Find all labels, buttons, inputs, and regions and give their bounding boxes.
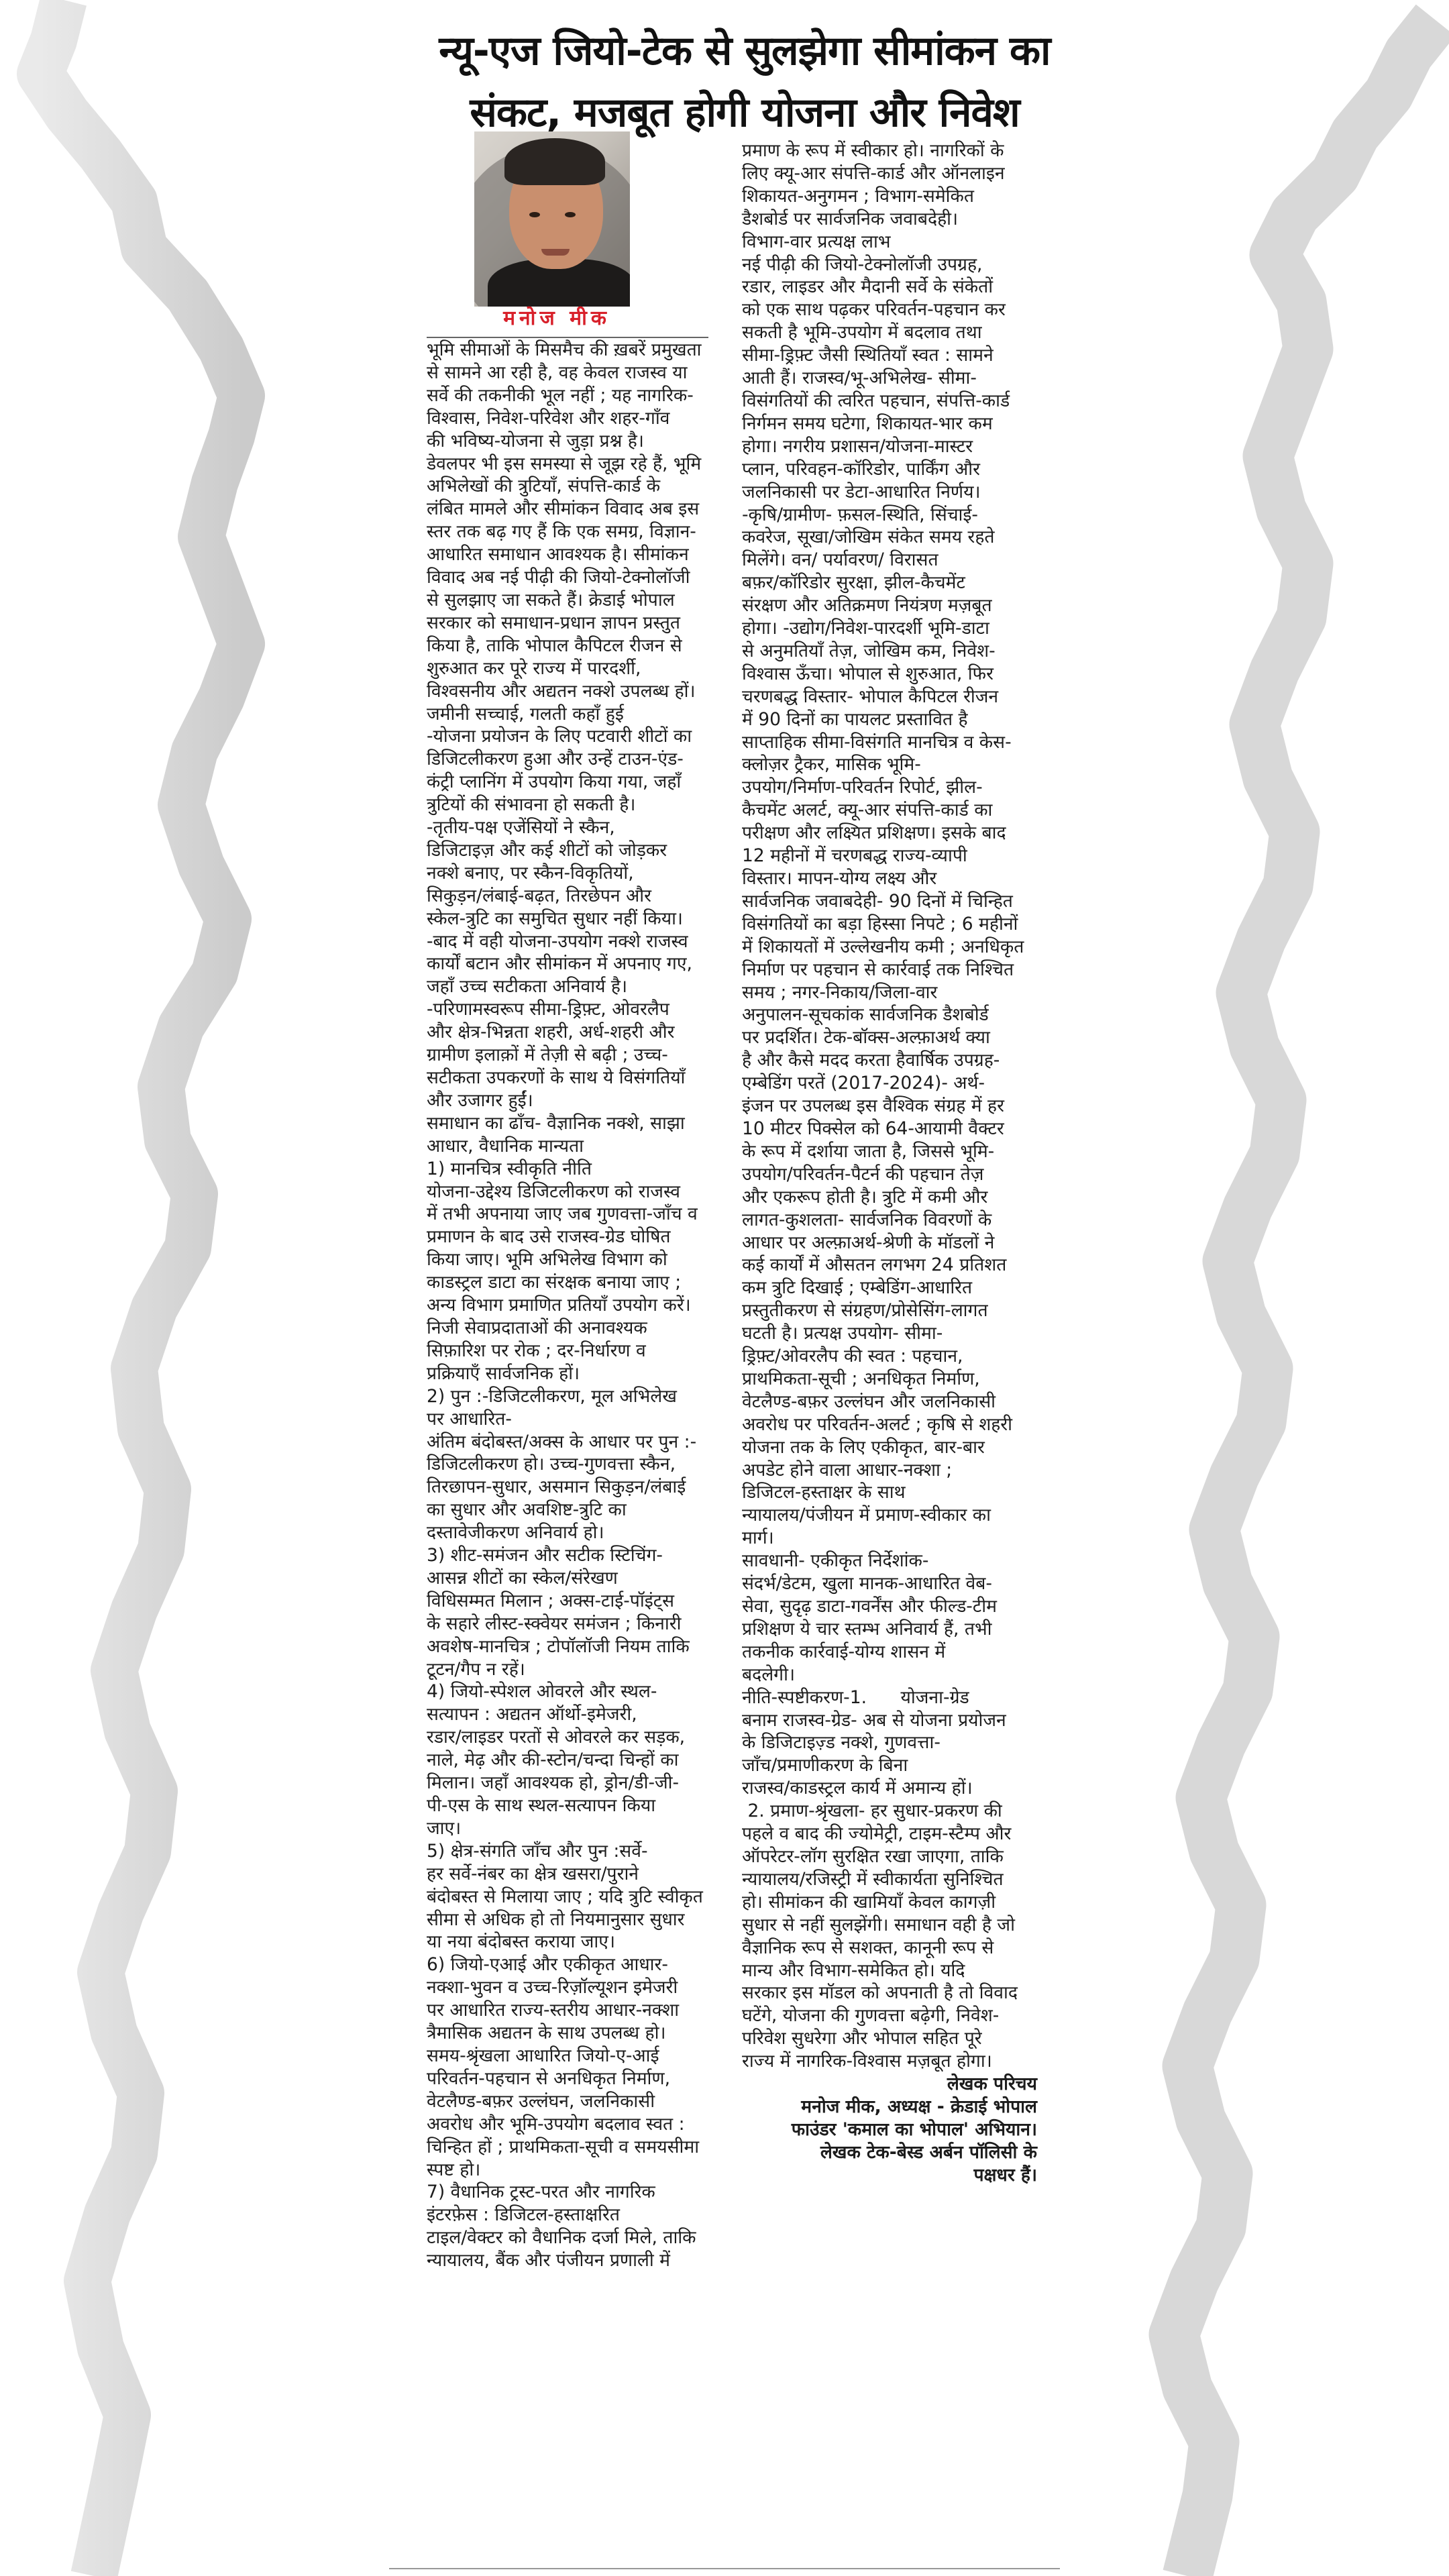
article-line: -योजना प्रयोजन के लिए पटवारी शीटों का	[427, 725, 708, 748]
article-line: अन्य विभाग प्रमाणित प्रतियाँ उपयोग करें।	[427, 1294, 708, 1317]
article-line: निजी सेवाप्रदाताओं की अनावश्यक	[427, 1317, 708, 1340]
article-line: पर आधारित राज्य-स्तरीय आधार-नक्शा	[427, 1999, 708, 2022]
article-line: कार्यों बटान और सीमांकन में अपनाए गए,	[427, 953, 708, 975]
article-line: सरकार इस मॉडल को अपनाती है तो विवाद	[742, 1982, 1037, 2004]
article-line: परीक्षण और लक्ष्यित प्रशिक्षण। इसके बाद	[742, 822, 1037, 845]
article-line: बंदोबस्त से मिलाया जाए ; यदि त्रुटि स्वी…	[427, 1886, 708, 1909]
article-line: अपडेट होने वाला आधार-नक्शा ;	[742, 1459, 1037, 1482]
article-line: आती हैं। राजस्व/भू-अभिलेख- सीमा-	[742, 367, 1037, 390]
article-line: क्लोज़र ट्रैकर, मासिक भूमि-	[742, 753, 1037, 776]
article-line: हो। सीमांकन की खामियाँ केवल कागज़ी	[742, 1891, 1037, 1914]
article-line: त्रैमासिक अद्यतन के साथ उपलब्ध हो।	[427, 2022, 708, 2045]
article-line: योजना-उद्देश्य डिजिटलीकरण को राजस्व	[427, 1181, 708, 1203]
article-line: डिजिटलीकरण हो। उच्च-गुणवत्ता स्कैन,	[427, 1453, 708, 1476]
article-line: रडार/लाइडर परतों से ओवरले कर सड़क,	[427, 1726, 708, 1749]
article-line: के रूप में दर्शाया जाता है, जिससे भूमि-	[742, 1140, 1037, 1163]
article-line: आधार, वैधानिक मान्यता	[427, 1135, 708, 1158]
article-line: नई पीढ़ी की जियो-टेक्नोलॉजी उपग्रह,	[742, 254, 1037, 276]
article-line: सावधानी- एकीकृत निर्देशांक-	[742, 1550, 1037, 1572]
article-line: आसन्न शीटों का स्केल/संरेखण	[427, 1567, 708, 1590]
article-line: विश्वास ऊँचा। भोपाल से शुरुआत, फिर	[742, 663, 1037, 686]
article-line: 1) मानचित्र स्वीकृति नीति	[427, 1158, 708, 1181]
article-line: बनाम राजस्व-ग्रेड- अब से योजना प्रयोजन	[742, 1709, 1037, 1732]
article-line: मिलेंगे। वन/ पर्यावरण/ विरासत	[742, 549, 1037, 572]
article-line: से अनुमतियाँ तेज़, जोखिम कम, निवेश-	[742, 640, 1037, 663]
article-line: स्केल-त्रुटि का समुचित सुधार नहीं किया।	[427, 908, 708, 930]
article-line: प्रमाणन के बाद उसे राजस्व-ग्रेड घोषित	[427, 1226, 708, 1248]
article-line: विश्वास, निवेश-परिवेश और शहर-गाँव	[427, 407, 708, 430]
article-line: सेवा, सुदृढ़ डाटा-गवर्नेंस और फील्ड-टीम	[742, 1595, 1037, 1618]
article-line: की भविष्य-योजना से जुड़ा प्रश्न है।	[427, 430, 708, 453]
article-line: सरकार को समाधान-प्रधान ज्ञापन प्रस्तुत	[427, 612, 708, 635]
article-line: सुधार से नहीं सुलझेंगी। समाधान वही है जो	[742, 1914, 1037, 1937]
article-line: नीति-स्पष्टीकरण-1. योजना-ग्रेड	[742, 1686, 1037, 1709]
article-line: है और कैसे मदद करता हैवार्षिक उपग्रह-	[742, 1049, 1037, 1072]
article-line: 3) शीट-समंजन और सटीक स्टिचिंग-	[427, 1544, 708, 1567]
article-line: डैशबोर्ड पर सार्वजनिक जवाबदेही।	[742, 208, 1037, 231]
article-line: वैज्ञानिक रूप से सशक्त, कानूनी रूप से	[742, 1937, 1037, 1960]
article-line: विधिसम्मत मिलान ; अक्स-टाई-पॉइंट्स	[427, 1590, 708, 1613]
article-line: प्रक्रियाएँ सार्वजनिक हों।	[427, 1362, 708, 1385]
article-line: राजस्व/काडस्ट्रल कार्य में अमान्य हों।	[742, 1777, 1037, 1800]
article-line: नक्शे बनाए, पर स्कैन-विकृतियों,	[427, 862, 708, 885]
article-line: प्लान, परिवहन-कॉरिडोर, पार्किंग और	[742, 458, 1037, 481]
article-line: टाइल/वेक्टर को वैधानिक दर्जा मिले, ताकि	[427, 2226, 708, 2249]
article-line: स्पष्ट हो।	[427, 2159, 708, 2182]
article-line: टूटन/गैप न रहें।	[427, 1658, 708, 1681]
article-line: नक्शा-भुवन व उच्च-रिज़ॉल्यूशन इमेजरी	[427, 1976, 708, 1999]
footer-divider	[389, 2568, 1060, 2569]
article-line: कम त्रुटि दिखाई ; एम्बेडिंग-आधारित	[742, 1277, 1037, 1299]
article-line: डिजिटलीकरण हुआ और उन्हें टाउन-एंड-	[427, 748, 708, 771]
article-line: सटीकता उपकरणों के साथ ये विसंगतियाँ	[427, 1067, 708, 1089]
article-line: डिजिटाइज़ और कई शीटों को जोड़कर	[427, 839, 708, 862]
article-line: समय ; नगर-निकाय/जिला-वार	[742, 981, 1037, 1004]
article-line: का सुधार और अवशिष्ट-त्रुटि का	[427, 1499, 708, 1521]
article-line: कवरेज, सूखा/जोखिम संकेत समय रहते	[742, 526, 1037, 549]
article-line: प्राथमिकता-सूची ; अनधिकृत निर्माण,	[742, 1368, 1037, 1391]
article-line: सार्वजनिक जवाबदेही- 90 दिनों में चिन्हित	[742, 890, 1037, 913]
article-line: स्तर तक बढ़ गए हैं कि एक समग्र, विज्ञान-	[427, 521, 708, 543]
article-line: 4) जियो-स्पेशल ओवरले और स्थल-	[427, 1680, 708, 1703]
article-line: 6) जियो-एआई और एकीकृत आधार-	[427, 1953, 708, 1976]
article-line: राज्य में नागरिक-विश्वास मज़बूत होगा।	[742, 2050, 1037, 2073]
article-line: परिवेश सुधरेगा और भोपाल सहित पूरे	[742, 2027, 1037, 2050]
article-line: हर सर्वे-नंबर का क्षेत्र खसरा/पुराने	[427, 1863, 708, 1886]
article-line: सर्वे की तकनीकी भूल नहीं ; यह नागरिक-	[427, 384, 708, 407]
author-bio-line4: पक्षधर हैं।	[742, 2164, 1037, 2187]
article-line: अवरोध पर परिवर्तन-अलर्ट ; कृषि से शहरी	[742, 1413, 1037, 1436]
article-line: होगा। -उद्योग/निवेश-पारदर्शी भूमि-डाटा	[742, 617, 1037, 640]
article-line: और एकरूप होती है। त्रुटि में कमी और	[742, 1186, 1037, 1209]
article-line: न्यायालय, बैंक और पंजीयन प्रणाली में	[427, 2249, 708, 2272]
article-line: समाधान का ढाँच- वैज्ञानिक नक्शे, साझा	[427, 1112, 708, 1135]
article-line: निर्माण पर पहचान से कार्रवाई तक निश्चित	[742, 959, 1037, 981]
article-line: में 90 दिनों का पायलट प्रस्तावित है	[742, 708, 1037, 731]
article-line: नाले, मेढ़ और की-स्टोन/चन्दा चिन्हों का	[427, 1749, 708, 1772]
article-line: दस्तावेजीकरण अनिवार्य हो।	[427, 1521, 708, 1544]
torn-paper-edge-right	[1073, 0, 1449, 2576]
article-line: किया है, ताकि भोपाल कैपिटल रीजन से	[427, 635, 708, 657]
author-name: मनोज मीक	[423, 303, 691, 331]
article-line: इंजन पर उपलब्ध इस वैश्विक संग्रह में हर	[742, 1095, 1037, 1118]
article-line: अनुपालन-सूचकांक सार्वजनिक डैशबोर्ड	[742, 1004, 1037, 1026]
article-line: न्यायालय/रजिस्ट्री में स्वीकार्यता सुनिश…	[742, 1868, 1037, 1891]
article-line: -तृतीय-पक्ष एजेंसियों ने स्कैन,	[427, 816, 708, 839]
author-bio: लेखक परिचयमनोज मीक, अध्यक्ष - क्रेडाई भो…	[742, 2073, 1037, 2187]
article-column-left: भूमि सीमाओं के मिसमैच की ख़बरें प्रमुखता…	[427, 339, 708, 2272]
article-line: आधार पर अल्फ़ाअर्थ-श्रेणी के मॉडलों ने	[742, 1232, 1037, 1254]
article-line: पी-एस के साथ स्थल-सत्यापन किया	[427, 1794, 708, 1817]
article-line: 10 मीटर पिक्सेल को 64-आयामी वैक्टर	[742, 1118, 1037, 1140]
article-line: 7) वैधानिक ट्रस्ट-परत और नागरिक	[427, 2181, 708, 2204]
article-line: के डिजिटाइज़्ड नक्शे, गुणवत्ता-	[742, 1731, 1037, 1754]
article-line: सीमा से अधिक हो तो नियमानुसार सुधार	[427, 1909, 708, 1931]
article-line: पहले व बाद की ज्योमेट्री, टाइम-स्टैम्प औ…	[742, 1823, 1037, 1845]
article-line: चरणबद्ध विस्तार- भोपाल कैपिटल रीजन	[742, 686, 1037, 708]
article-line: सकती है भूमि-उपयोग में बदलाव तथा	[742, 321, 1037, 344]
author-bio-heading: लेखक परिचय	[742, 2073, 1037, 2096]
article-line: पर प्रदर्शित। टेक-बॉक्स-अल्फ़ाअर्थ क्या	[742, 1026, 1037, 1049]
article-line: प्रस्तुतीकरण से संग्रहण/प्रोसेसिंग-लागत	[742, 1299, 1037, 1322]
article-line: उपयोग/परिवर्तन-पैटर्न की पहचान तेज़	[742, 1163, 1037, 1186]
article-line: -कृषि/ग्रामीण- फ़सल-स्थिति, सिंचाई-	[742, 504, 1037, 527]
article-line: जहाँ उच्च सटीकता अनिवार्य है।	[427, 975, 708, 998]
article-line: प्रशिक्षण ये चार स्तम्भ अनिवार्य हैं, तभ…	[742, 1618, 1037, 1641]
article-line: आधारित समाधान आवश्यक है। सीमांकन	[427, 543, 708, 566]
article-line: विसंगतियों की त्वरित पहचान, संपत्ति-कार्…	[742, 390, 1037, 413]
article-line: संरक्षण और अतिक्रमण नियंत्रण मज़बूत	[742, 594, 1037, 617]
article-line: 12 महीनों में चरणबद्ध राज्य-व्यापी	[742, 845, 1037, 867]
torn-paper-edge-left	[0, 0, 376, 2576]
article-line: डेवलपर भी इस समस्या से जूझ रहे हैं, भूमि	[427, 453, 708, 476]
article-line: काडस्ट्रल डाटा का संरक्षक बनाया जाए ;	[427, 1271, 708, 1294]
article-line: प्रमाण के रूप में स्वीकार हो। नागरिकों क…	[742, 140, 1037, 162]
article-line: भूमि सीमाओं के मिसमैच की ख़बरें प्रमुखता	[427, 339, 708, 362]
article-line: कई कार्यों में औसतन लगभग 24 प्रतिशत	[742, 1254, 1037, 1277]
article-line: लागत-कुशलता- सार्वजनिक विवरणों के	[742, 1209, 1037, 1232]
article-line: मान्य और विभाग-समेकित हो। यदि	[742, 1960, 1037, 1982]
article-line: जाँच/प्रमाणीकरण के बिना	[742, 1754, 1037, 1777]
article-line: के सहारे लीस्ट-स्क्वेयर समंजन ; किनारी	[427, 1613, 708, 1635]
article-line: विवाद अब नई पीढ़ी की जियो-टेक्नोलॉजी	[427, 566, 708, 589]
article-line: घटती है। प्रत्यक्ष उपयोग- सीमा-	[742, 1322, 1037, 1345]
author-bio-line2: फाउंडर 'कमाल का भोपाल' अभियान।	[742, 2118, 1037, 2141]
article-line: उपयोग/निर्माण-परिवर्तन रिपोर्ट, झील-	[742, 776, 1037, 799]
article-line: शुरुआत कर पूरे राज्य में पारदर्शी,	[427, 657, 708, 680]
article-line: ड्रिफ़्ट/ओवरलैप की स्वत : पहचान,	[742, 1345, 1037, 1368]
article-line: मार्ग।	[742, 1527, 1037, 1550]
article-line: सिकुड़न/लंबाई-बढ़त, तिरछेपन और	[427, 885, 708, 908]
article-line: 5) क्षेत्र-संगति जाँच और पुन :सर्वे-	[427, 1840, 708, 1863]
article-line: विभाग-वार प्रत्यक्ष लाभ	[742, 231, 1037, 254]
article-line: वेटलैण्ड-बफ़र उल्लंघन, जलनिकासी	[427, 2090, 708, 2113]
article-line: वेटलैण्ड-बफ़र उल्लंघन और जलनिकासी	[742, 1391, 1037, 1413]
article-line: पर आधारित-	[427, 1408, 708, 1431]
article-line: घटेंगे, योजना की गुणवत्ता बढ़ेगी, निवेश-	[742, 2004, 1037, 2027]
article-line: परिवर्तन-पहचान से अनधिकृत निर्माण,	[427, 2068, 708, 2090]
article-line: ऑपरेटर-लॉग सुरक्षित रखा जाएगा, ताकि	[742, 1845, 1037, 1868]
article-line: या नया बंदोबस्त कराया जाए।	[427, 1931, 708, 1953]
article-line: जाए।	[427, 1817, 708, 1840]
article-line: होगा। नगरीय प्रशासन/योजना-मास्टर	[742, 435, 1037, 458]
article-line: और क्षेत्र-भिन्नता शहरी, अर्ध-शहरी और	[427, 1021, 708, 1044]
article-line: त्रुटियों की संभावना हो सकती है।	[427, 794, 708, 816]
article-line: विश्वसनीय और अद्यतन नक्शे उपलब्ध हों।	[427, 680, 708, 703]
headline-line-1: न्यू-एज जियो-टेक से सुलझेगा सीमांकन का	[376, 20, 1114, 82]
article-line: -परिणामस्वरूप सीमा-ड्रिफ़्ट, ओवरलैप	[427, 998, 708, 1021]
article-line: कैचमेंट अलर्ट, क्यू-आर संपत्ति-कार्ड का	[742, 799, 1037, 822]
article-line: विस्तार। मापन-योग्य लक्ष्य और	[742, 867, 1037, 890]
article-line: में तभी अपनाया जाए जब गुणवत्ता-जाँच व	[427, 1203, 708, 1226]
article-line: रडार, लाइडर और मैदानी सर्वे के संकेतों	[742, 276, 1037, 299]
article-line: अवरोध और भूमि-उपयोग बदलाव स्वत :	[427, 2113, 708, 2136]
article-line: सीमा-ड्रिफ़्ट जैसी स्थितियाँ स्वत : सामन…	[742, 344, 1037, 367]
author-bio-line3: लेखक टेक-बेस्ड अर्बन पॉलिसी के	[742, 2141, 1037, 2164]
article-line: डिजिटल-हस्ताक्षर के साथ	[742, 1481, 1037, 1504]
article-line: सत्यापन : अद्यतन ऑर्थो-इमेजरी,	[427, 1703, 708, 1726]
author-divider	[427, 337, 708, 338]
article-column-right: प्रमाण के रूप में स्वीकार हो। नागरिकों क…	[742, 140, 1037, 2187]
article-line: शिकायत-अनुगमन ; विभाग-समेकित	[742, 185, 1037, 208]
article-line: किया जाए। भूमि अभिलेख विभाग को	[427, 1248, 708, 1271]
article-line: जमीनी सच्चाई, गलती कहाँ हुई	[427, 703, 708, 726]
article-line: इंटरफ़ेस : डिजिटल-हस्ताक्षरित	[427, 2204, 708, 2226]
article-line: में शिकायतों में उल्लेखनीय कमी ; अनधिकृत	[742, 936, 1037, 959]
article-line: से सामने आ रही है, वह केवल राजस्व या	[427, 362, 708, 384]
article-line: अभिलेखों की त्रुटियाँ, संपत्ति-कार्ड के	[427, 475, 708, 498]
article-line: संदर्भ/डेटम, खुला मानक-आधारित वेब-	[742, 1572, 1037, 1595]
article-line: बदलेगी।	[742, 1664, 1037, 1686]
article-line: सिफ़ारिश पर रोक ; दर-निर्धारण व	[427, 1340, 708, 1362]
article-line: अवशेष-मानचित्र ; टोपॉलॉजी नियम ताकि	[427, 1635, 708, 1658]
article-line: मिलान। जहाँ आवश्यक हो, ड्रोन/डी-जी-	[427, 1772, 708, 1794]
article-line: अंतिम बंदोबस्त/अक्स के आधार पर पुन :-	[427, 1431, 708, 1454]
article-line: लिए क्यू-आर संपत्ति-कार्ड और ऑनलाइन	[742, 162, 1037, 185]
article-line: 2. प्रमाण-श्रृंखला- हर सुधार-प्रकरण की	[742, 1800, 1037, 1823]
article-line: साप्ताहिक सीमा-विसंगति मानचित्र व केस-	[742, 731, 1037, 754]
article-line: जलनिकासी पर डेटा-आधारित निर्णय।	[742, 481, 1037, 504]
article-line: ग्रामीण इलाक़ों में तेज़ी से बढ़ी ; उच्च…	[427, 1044, 708, 1067]
article-line: न्यायालय/पंजीयन में प्रमाण-स्वीकार का	[742, 1504, 1037, 1527]
article-line: योजना तक के लिए एकीकृत, बार-बार	[742, 1436, 1037, 1459]
article-line: -बाद में वही योजना-उपयोग नक्शे राजस्व	[427, 930, 708, 953]
article-line: 2) पुन :-डिजिटलीकरण, मूल अभिलेख	[427, 1385, 708, 1408]
article-line: विसंगतियों का बड़ा हिस्सा निपटे ; 6 महीन…	[742, 913, 1037, 936]
article-line: समय-श्रृंखला आधारित जियो-ए-आई	[427, 2045, 708, 2068]
article-line: बफ़र/कॉरिडोर सुरक्षा, झील-कैचमेंट	[742, 572, 1037, 594]
article-line: एम्बेडिंग परतें (2017-2024)- अर्थ-	[742, 1072, 1037, 1095]
article-line: कंट्री प्लानिंग में उपयोग किया गया, जहाँ	[427, 771, 708, 794]
headline: न्यू-एज जियो-टेक से सुलझेगा सीमांकन का स…	[376, 20, 1114, 144]
article-line: को एक साथ पढ़कर परिवर्तन-पहचान कर	[742, 299, 1037, 321]
author-bio-line1: मनोज मीक, अध्यक्ष - क्रेडाई भोपाल	[742, 2096, 1037, 2118]
article-line: और उजागर हुईं।	[427, 1089, 708, 1112]
article-line: निर्गमन समय घटेगा, शिकायत-भार कम	[742, 413, 1037, 435]
article-line: चिन्हित हों ; प्राथमिकता-सूची व समयसीमा	[427, 2136, 708, 2159]
article-line: से सुलझाए जा सकते हैं। क्रेडाई भोपाल	[427, 589, 708, 612]
article-line: लंबित मामले और सीमांकन विवाद अब इस	[427, 498, 708, 521]
article-line: तकनीक कार्रवाई-योग्य शासन में	[742, 1641, 1037, 1664]
article-line: तिरछापन-सुधार, असमान सिकुड़न/लंबाई	[427, 1476, 708, 1499]
author-photo	[474, 131, 630, 307]
